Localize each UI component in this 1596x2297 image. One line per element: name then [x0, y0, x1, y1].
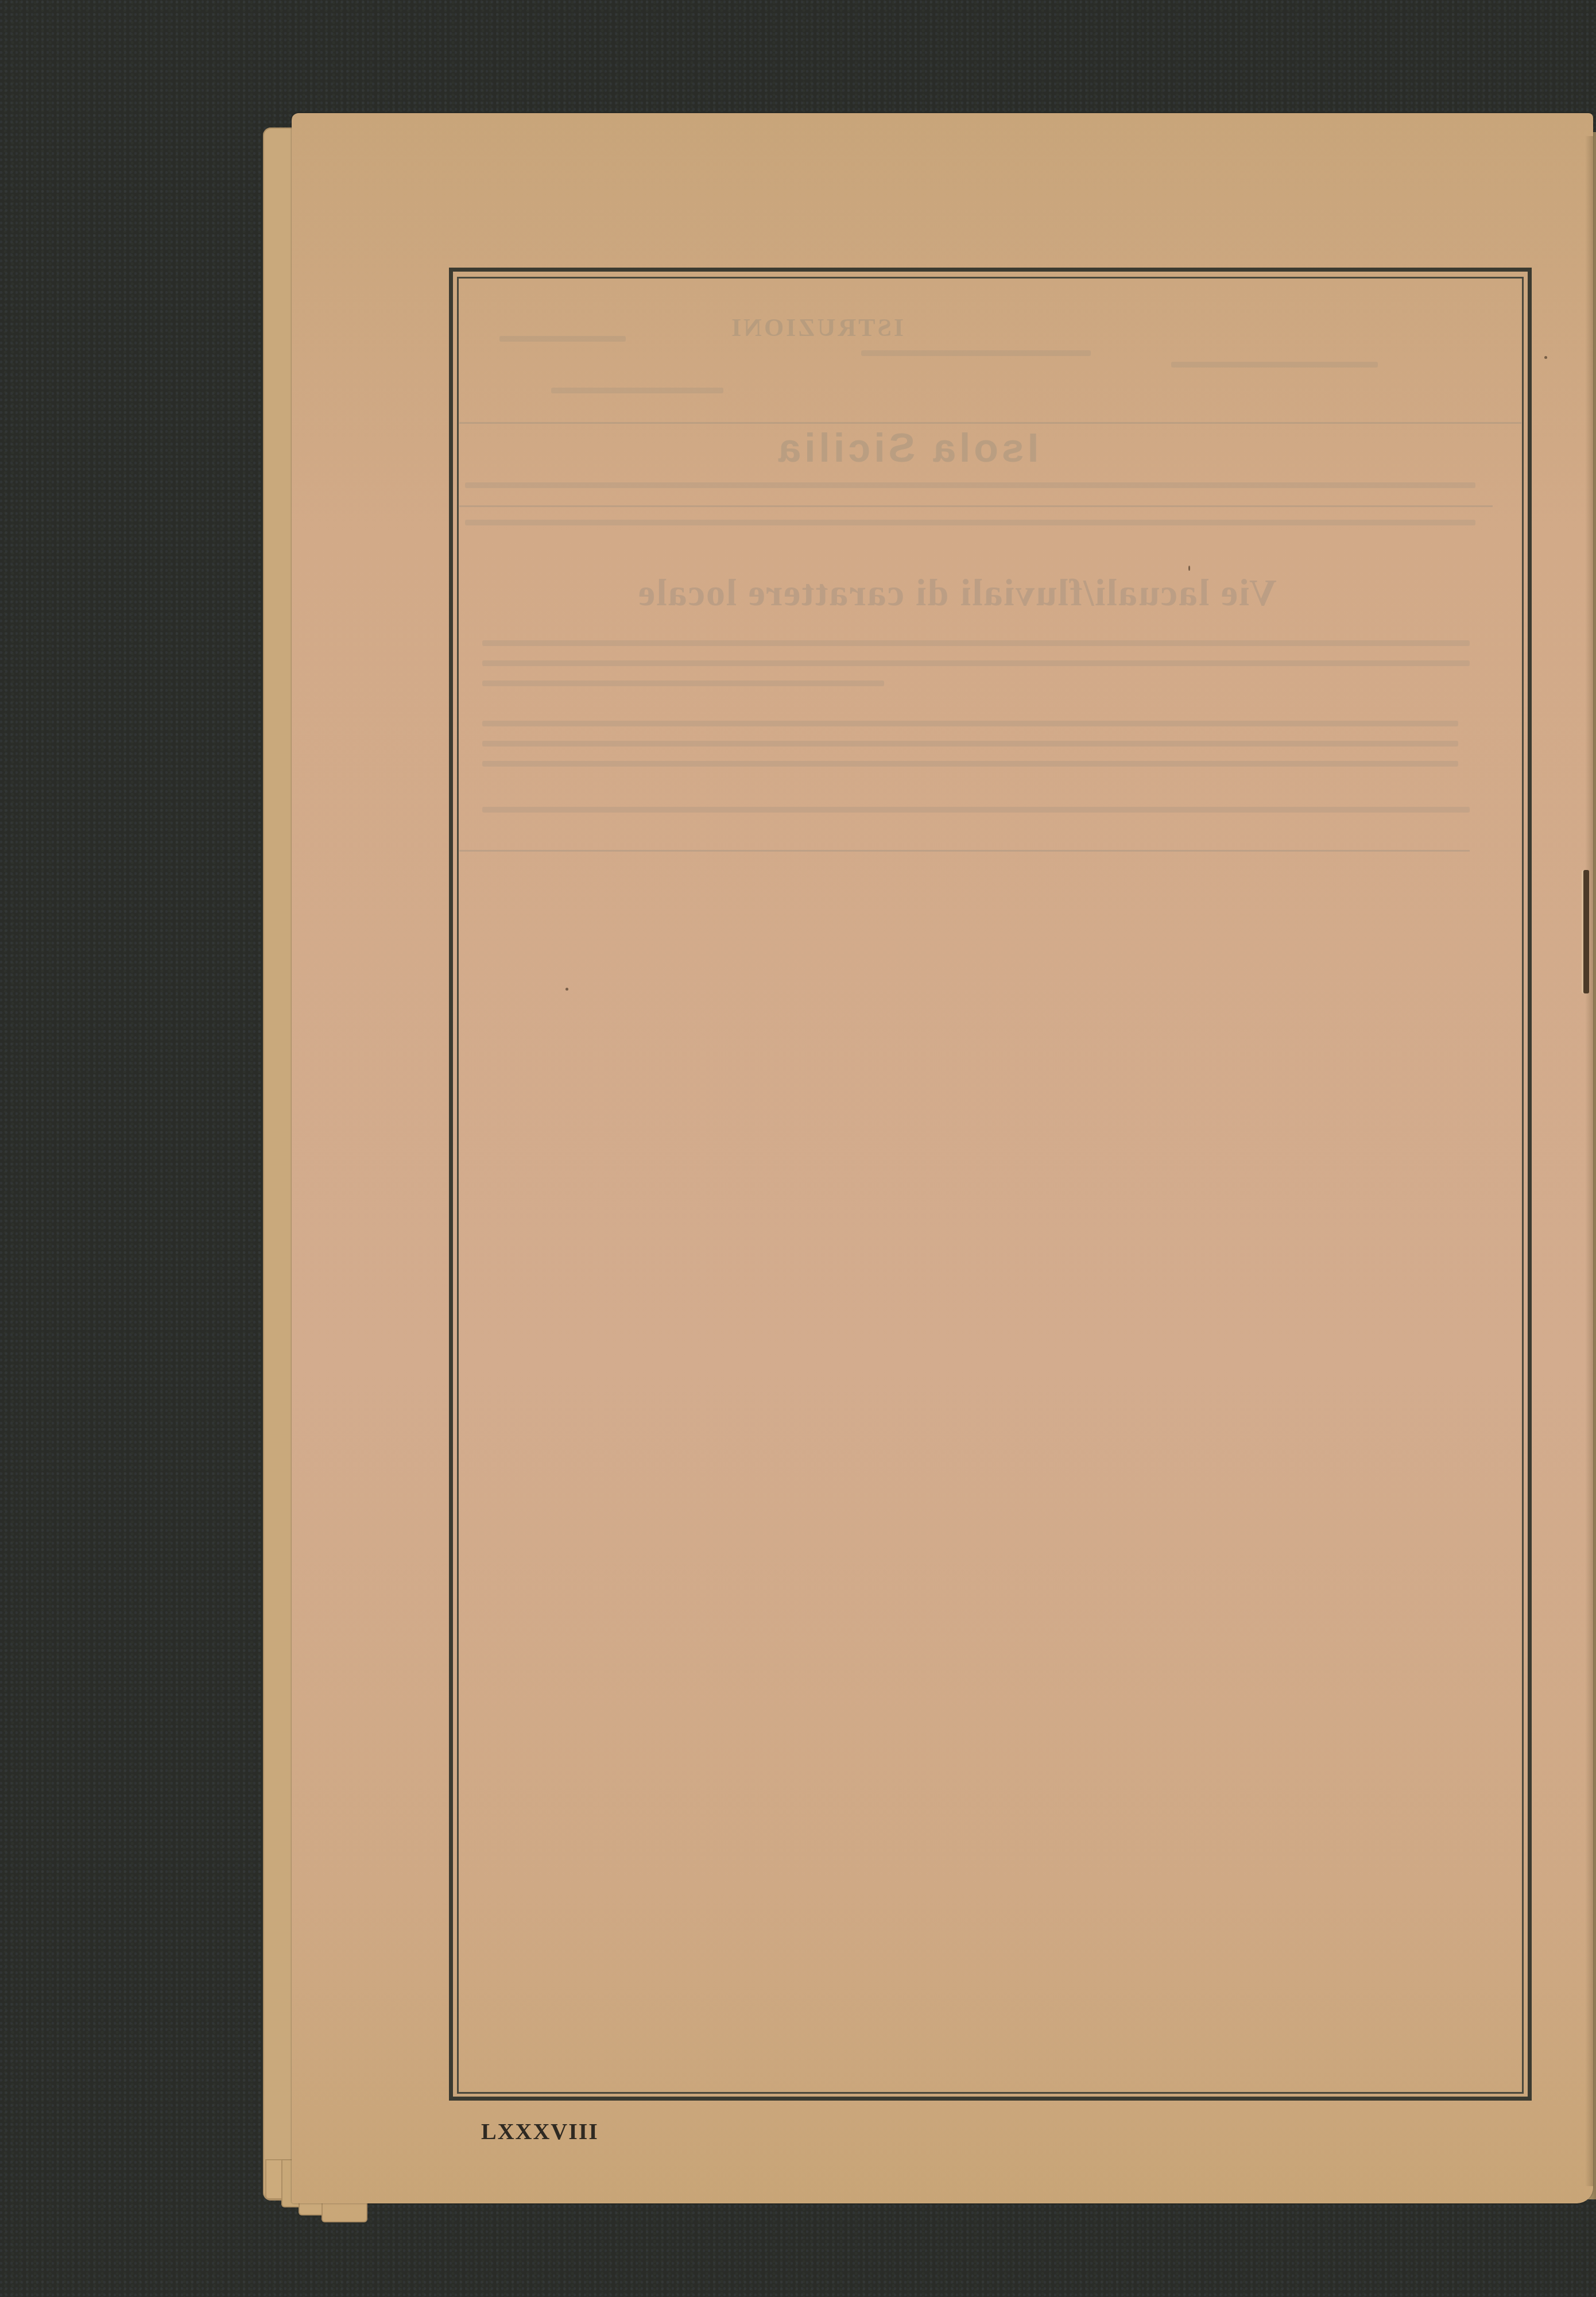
staple [1583, 870, 1589, 993]
paper-speck [565, 988, 568, 991]
page-border-inner [457, 277, 1524, 2094]
paper-speck [1544, 356, 1547, 359]
paper-speck [1188, 566, 1190, 571]
page-number: LXXXVIII [481, 2118, 599, 2145]
